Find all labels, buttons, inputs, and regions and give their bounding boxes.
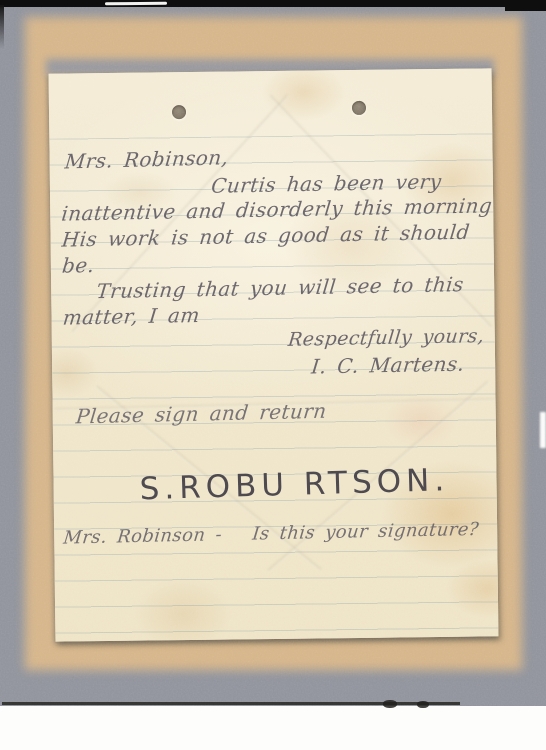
closing-line-2: matter, I am [62,303,201,330]
body-line-1: Curtis has been very [210,169,443,197]
photo-edge-top [0,0,546,7]
photo-edge-top-right [505,0,546,11]
letter-paper: Mrs. Robinson, Curtis has been very inat… [49,68,499,641]
scanned-letter-photo: Mrs. Robinson, Curtis has been very inat… [0,0,546,750]
valediction: Respectfully yours, [287,325,485,351]
photo-edge-notch [540,412,546,448]
body-line-4: be. [61,253,96,278]
photo-edge-left [0,5,4,49]
photo-edge-highlight [105,2,167,6]
punch-hole-left [172,105,186,119]
salutation: Mrs. Robinson, [64,145,230,173]
punch-hole-right [352,101,366,115]
photo-edge-mark [417,701,429,708]
teacher-signature: I. C. Martens. [310,352,465,379]
photo-edge-mark [383,700,397,708]
